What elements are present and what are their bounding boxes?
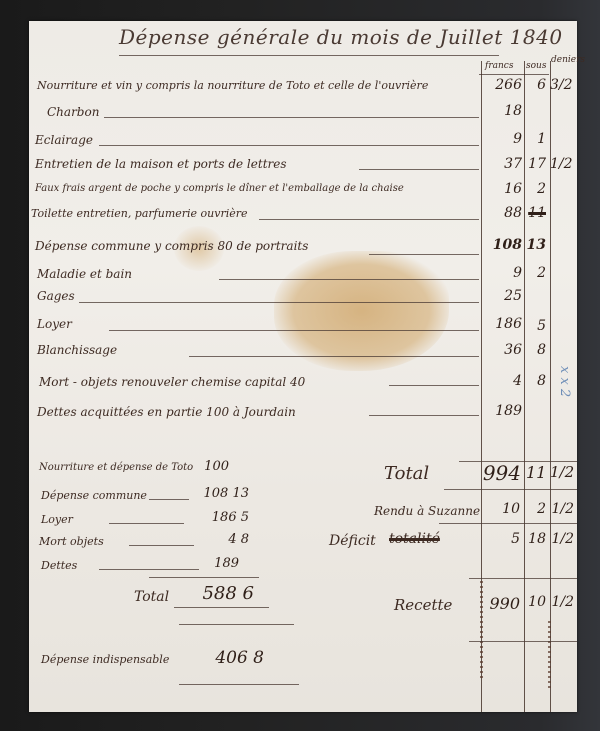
- recette-sous: 10: [526, 594, 546, 610]
- entry-francs: 18: [484, 103, 522, 119]
- entry-sous: 17: [526, 156, 546, 172]
- entry-sous: 1: [526, 131, 546, 147]
- entry-deniers: 3/2: [550, 77, 572, 93]
- entry-francs: 36: [484, 342, 522, 358]
- entry-francs: 108: [484, 237, 522, 253]
- entry-label: Dettes acquittées en partie 100 à Jourda…: [37, 405, 296, 419]
- entry-rule: [369, 415, 479, 416]
- left-summary-label: Mort objets: [39, 535, 104, 548]
- indispensable-value: 406 8: [174, 648, 264, 668]
- ink-bleed: [548, 621, 551, 691]
- entry-label: Eclairage: [35, 133, 93, 147]
- entry-francs: 9: [484, 131, 522, 147]
- total-label: Total: [384, 463, 429, 484]
- entry-rule: [99, 145, 479, 146]
- deficit-label: Déficit: [329, 533, 376, 549]
- header-deniers: deniers: [551, 55, 585, 65]
- entry-label: Loyer: [37, 317, 72, 331]
- entry-label: Mort - objets renouveler chemise capital…: [39, 375, 305, 389]
- entry-label: Dépense commune y compris 80 de portrait…: [35, 239, 308, 253]
- entry-rule: [389, 385, 479, 386]
- left-total-label: Total: [134, 589, 169, 605]
- entry-francs: 189: [484, 403, 522, 419]
- total-deniers: 1/2: [550, 463, 574, 481]
- indispensable-rule-bottom: [179, 684, 299, 685]
- entry-rule: [369, 254, 479, 255]
- indispensable-label: Dépense indispensable: [41, 653, 169, 666]
- entry-label: Toilette entretien, parfumerie ouvrière: [31, 207, 248, 220]
- header-francs: francs: [485, 61, 513, 71]
- indispensable-rule-top: [179, 624, 294, 625]
- rendu-label: Rendu à Suzanne: [374, 504, 480, 518]
- left-summary-value: 186 5: [189, 510, 249, 525]
- left-summary-value: 100: [189, 459, 229, 474]
- entry-label: Maladie et bain: [37, 267, 132, 281]
- entry-rule: [79, 302, 479, 303]
- entry-rule: [104, 117, 479, 118]
- margin-marks: x x 2: [557, 366, 572, 397]
- left-total-underline: [174, 607, 269, 608]
- left-summary-label: Dépense commune: [41, 489, 147, 502]
- column-line-sous: [524, 61, 525, 712]
- entry-sous: 2: [526, 181, 546, 197]
- header-rule: [479, 74, 549, 75]
- entry-francs: 25: [484, 288, 522, 304]
- entry-label: Faux frais argent de poche y compris le …: [35, 183, 404, 194]
- entry-label: Blanchissage: [37, 343, 117, 357]
- recette-deniers: 1/2: [550, 594, 574, 610]
- entry-label: Entretien de la maison et ports de lettr…: [35, 157, 287, 171]
- page-title: Dépense générale du mois de Juillet 1840: [119, 25, 563, 49]
- title-underline: [119, 55, 499, 56]
- entry-label: Charbon: [47, 105, 99, 119]
- entry-francs: 16: [484, 181, 522, 197]
- left-summary-rule: [99, 569, 199, 570]
- entry-francs: 186: [484, 316, 522, 332]
- water-stain: [274, 251, 449, 371]
- left-summary-value: 108 13: [189, 486, 249, 501]
- left-summary-rule: [129, 545, 194, 546]
- left-summary-label: Dettes: [41, 559, 77, 572]
- entry-sous: 5: [526, 318, 546, 334]
- entry-deniers: 1/2: [550, 156, 572, 172]
- left-total-value: 588 6: [174, 583, 254, 604]
- entry-francs: 9: [484, 265, 522, 281]
- left-summary-label: Nourriture et dépense de Toto: [39, 462, 193, 473]
- total-francs: 994: [449, 461, 521, 485]
- total-sous: 11: [526, 463, 546, 482]
- entry-sous: 13: [526, 237, 546, 253]
- deficit-struck-word: totalité: [389, 531, 440, 547]
- entry-rule: [359, 169, 479, 170]
- entry-rule: [259, 219, 479, 220]
- left-summary-label: Loyer: [41, 513, 73, 526]
- entry-sous: 11: [526, 205, 546, 221]
- recette-francs: 990: [459, 594, 520, 613]
- rendu-rule: [439, 523, 577, 524]
- entry-francs: 88: [484, 205, 522, 221]
- entry-sous: 6: [526, 77, 546, 93]
- entry-francs: 37: [484, 156, 522, 172]
- entry-rule: [219, 279, 479, 280]
- entry-sous: 8: [526, 373, 546, 389]
- entry-sous: 8: [526, 342, 546, 358]
- left-summary-rule: [149, 499, 189, 500]
- entry-francs: 4: [484, 373, 522, 389]
- header-sous: sous: [526, 61, 546, 71]
- entry-label: Nourriture et vin y compris la nourritur…: [37, 79, 428, 92]
- deficit-rule: [469, 578, 577, 579]
- entry-rule: [109, 330, 479, 331]
- entry-francs: 266: [484, 77, 522, 93]
- deficit-deniers: 1/2: [550, 531, 574, 547]
- deficit-sous: 18: [526, 531, 546, 547]
- rendu-sous: 2: [526, 501, 546, 517]
- left-summary-total-rule: [149, 577, 259, 578]
- deficit-francs: 5: [474, 531, 520, 547]
- left-summary-value: 189: [189, 556, 239, 571]
- left-summary-rule: [109, 523, 184, 524]
- total-rule-bottom: [444, 489, 577, 490]
- entry-label: Gages: [37, 289, 75, 303]
- left-summary-value: 4 8: [189, 532, 249, 547]
- recette-label: Recette: [394, 596, 452, 614]
- entry-rule: [189, 356, 479, 357]
- rendu-francs: 10: [474, 501, 520, 517]
- entry-sous: 2: [526, 265, 546, 281]
- recette-rule: [469, 641, 577, 642]
- rendu-deniers: 1/2: [550, 501, 574, 517]
- manuscript-page: Dépense générale du mois de Juillet 1840…: [29, 21, 577, 712]
